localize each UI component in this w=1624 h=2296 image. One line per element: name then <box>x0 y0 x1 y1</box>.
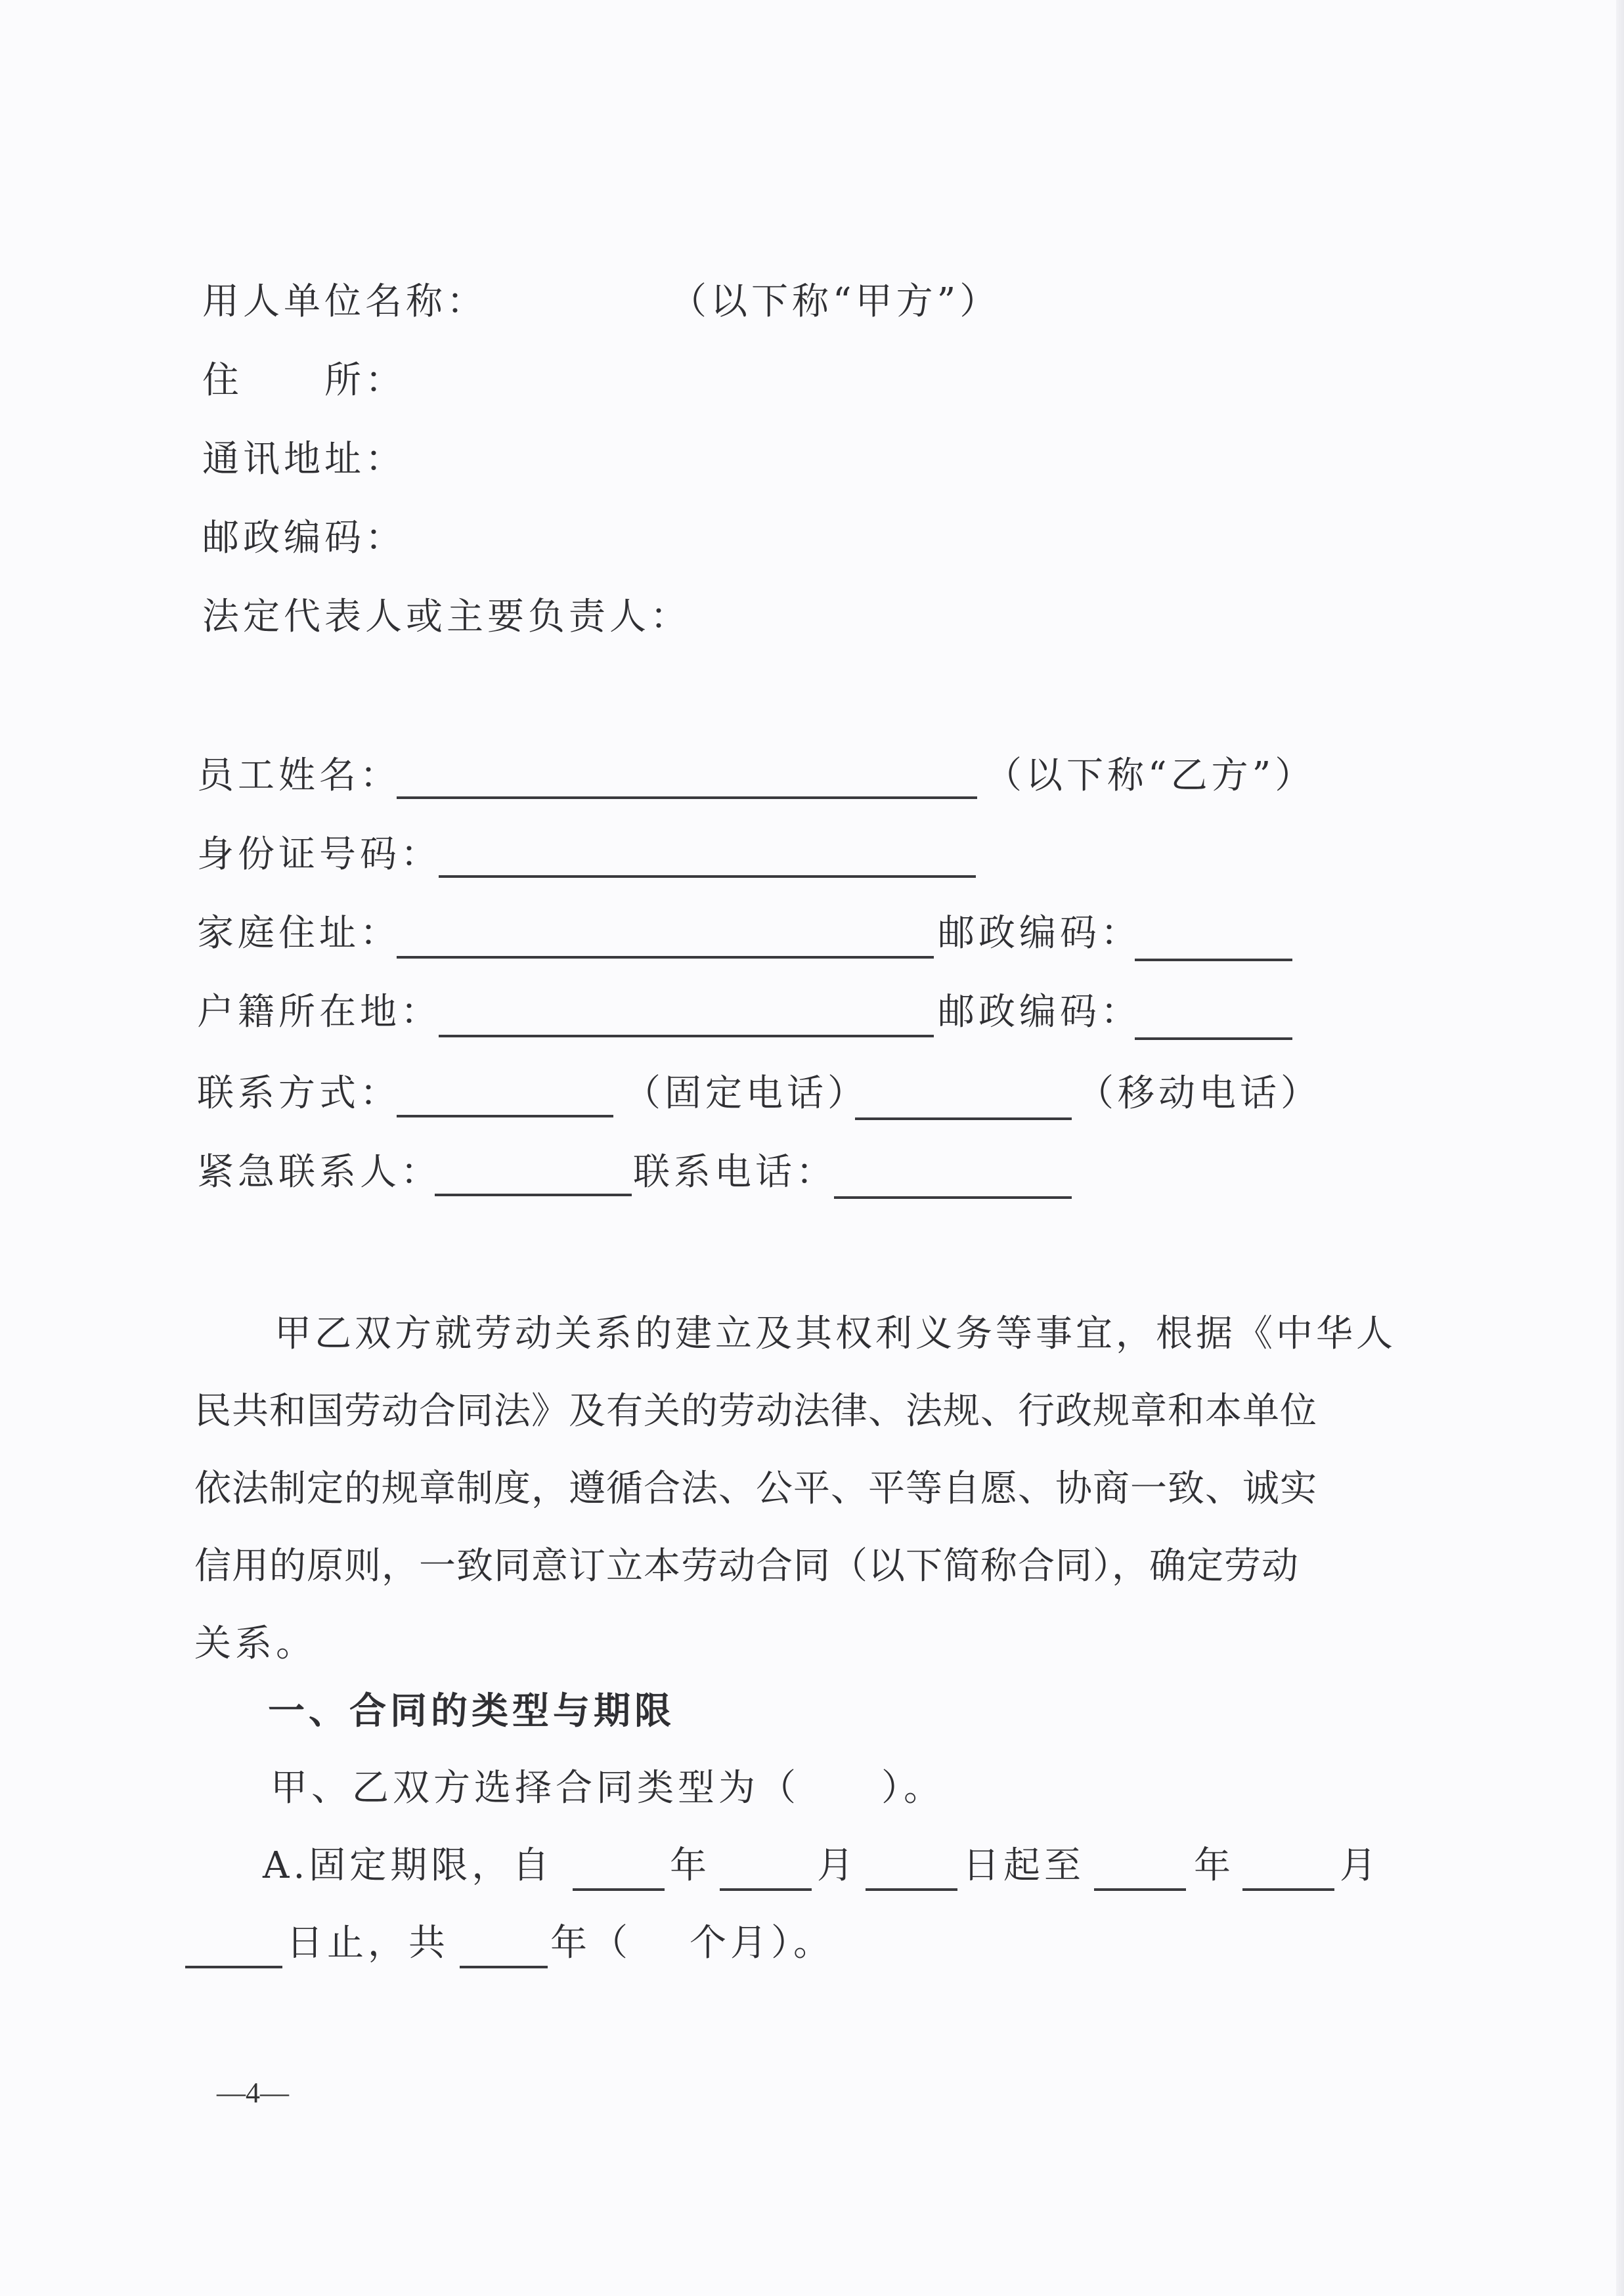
preamble-line-3: 依法制定的规章制度，遵循合法、公平、平等自愿、协商一致、诚实 <box>194 1465 1317 1513</box>
start-year-field[interactable] <box>573 1888 665 1891</box>
contract-type-choice-line: 甲、乙双方选择合同类型为（ ）。 <box>271 1765 944 1812</box>
preamble-line-1: 甲乙双方就劳动关系的建立及其权利义务等事宜，根据《中华人 <box>274 1310 1396 1358</box>
mobile-label: （移动电话） <box>1077 1070 1321 1117</box>
contact-method-label: 联系方式： <box>197 1070 401 1117</box>
hukou-postcode-field[interactable] <box>1135 1037 1292 1040</box>
landline-field[interactable] <box>397 1115 613 1117</box>
start-day-label: 日起至 <box>963 1842 1085 1890</box>
id-number-label: 身份证号码： <box>197 831 441 878</box>
hukou-location-label: 户籍所在地： <box>197 989 441 1036</box>
end-day-field[interactable] <box>185 1966 282 1968</box>
home-address-label: 家庭住址： <box>197 910 401 957</box>
end-month-field[interactable] <box>1242 1888 1334 1891</box>
page-number: —4— <box>217 2075 289 2112</box>
employee-name-suffix: （以下称“乙方”） <box>985 752 1315 800</box>
emergency-contact-label: 紧急联系人： <box>197 1149 441 1196</box>
employer-mailing-address-label: 通讯地址： <box>202 436 406 483</box>
preamble-line-5: 关系。 <box>194 1620 317 1668</box>
hukou-location-field[interactable] <box>439 1035 934 1037</box>
employee-name-label: 员工姓名： <box>197 752 401 800</box>
hukou-postcode-label: 邮政编码： <box>938 989 1141 1036</box>
landline-label: （固定电话） <box>624 1070 868 1117</box>
start-month-field[interactable] <box>720 1888 812 1891</box>
legal-representative-label: 法定代表人或主要负责人： <box>202 594 691 641</box>
scan-edge <box>1616 0 1624 2296</box>
start-month-label: 月 <box>817 1842 858 1890</box>
home-postcode-label: 邮政编码： <box>938 910 1141 957</box>
total-years-field[interactable] <box>460 1966 548 1968</box>
employer-postcode-label: 邮政编码： <box>202 515 406 562</box>
emergency-phone-label: 联系电话： <box>633 1149 837 1196</box>
section-1-heading: 一、合同的类型与期限 <box>268 1687 675 1735</box>
preamble-line-4: 信用的原则，一致同意订立本劳动合同（以下简称合同），确定劳动 <box>194 1543 1299 1590</box>
start-day-field[interactable] <box>866 1888 957 1891</box>
preamble-line-2: 民共和国劳动合同法》及有关的劳动法律、法规、行政规章和本单位 <box>194 1388 1317 1435</box>
home-postcode-field[interactable] <box>1135 959 1292 961</box>
employer-address-label: 住 所： <box>202 357 406 404</box>
employee-name-field[interactable] <box>397 796 977 799</box>
emergency-phone-field[interactable] <box>834 1196 1072 1199</box>
total-years-label: 年（ <box>550 1920 632 1967</box>
end-year-label: 年 <box>1194 1842 1235 1890</box>
end-day-label: 日止，共 <box>286 1920 449 1967</box>
end-month-label: 月 <box>1340 1842 1380 1890</box>
fixed-term-prefix: A.固定期限，自 <box>263 1842 553 1890</box>
total-months-label: 个月）。 <box>690 1920 834 1967</box>
start-year-label: 年 <box>670 1842 711 1890</box>
id-number-field[interactable] <box>439 875 976 878</box>
mobile-field[interactable] <box>855 1117 1072 1120</box>
home-address-field[interactable] <box>397 956 934 959</box>
employer-name-suffix: （以下称“甲方”） <box>670 278 1000 326</box>
end-year-field[interactable] <box>1094 1888 1186 1891</box>
employer-name-label: 用人单位名称： <box>202 278 487 326</box>
emergency-contact-field[interactable] <box>435 1194 632 1196</box>
